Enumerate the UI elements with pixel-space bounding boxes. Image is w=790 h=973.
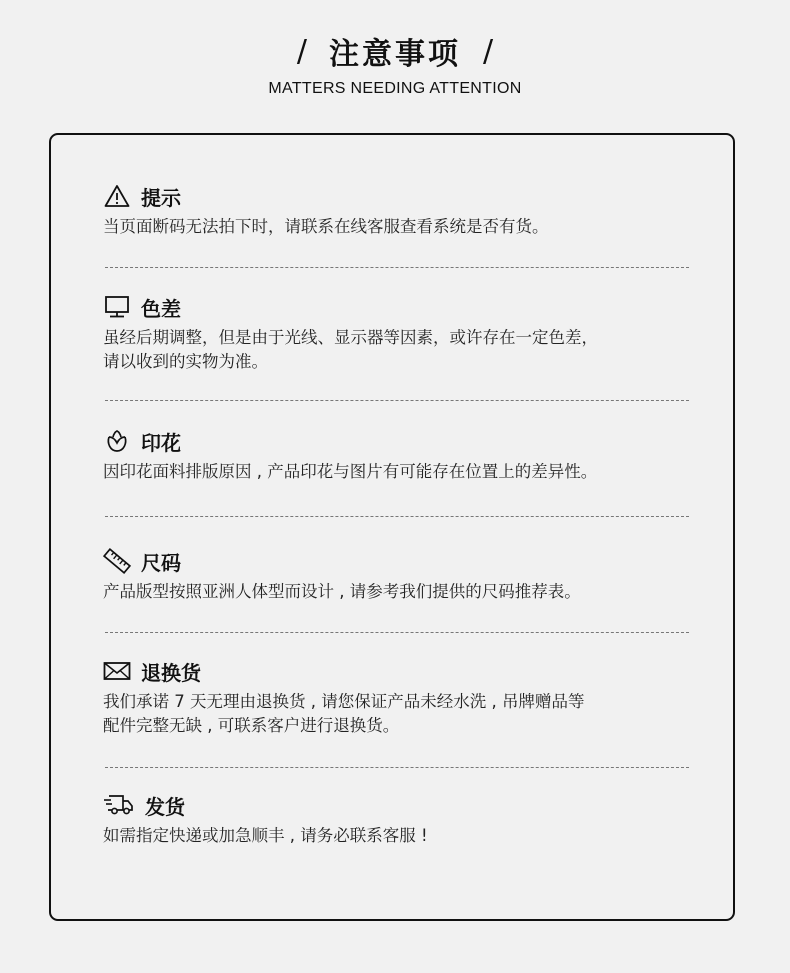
section-shipping: 发货 如需指定快递或加急顺丰 , 请务必联系客服 ! — [103, 790, 693, 848]
ruler-icon — [103, 548, 131, 574]
delivery-truck-icon — [103, 792, 135, 818]
dashed-divider — [105, 516, 689, 517]
section-title: 提示 — [141, 182, 181, 211]
section-tip: 提示 当页面断码无法拍下时，请联系在线客服查看系统是否有货。 — [103, 181, 693, 239]
title-slash-right: / — [483, 34, 493, 69]
section-print: 印花 因印花面料排版原因 , 产品印花与图片有可能存在位置上的差异性。 — [103, 426, 693, 484]
section-text: 当页面断码无法拍下时，请联系在线客服查看系统是否有货。 — [103, 215, 703, 239]
section-text: 如需指定快递或加急顺丰 , 请务必联系客服 ! — [103, 824, 703, 848]
section-title: 印花 — [141, 427, 181, 456]
envelope-icon — [103, 658, 131, 684]
title-slash-left: / — [297, 34, 307, 69]
page-header: / 注意事项 / MATTERS NEEDING ATTENTION — [0, 28, 790, 98]
title-row: / 注意事项 / — [0, 28, 790, 74]
section-text: 因印花面料排版原因 , 产品印花与图片有可能存在位置上的差异性。 — [103, 460, 703, 484]
text-line: 当页面断码无法拍下时，请联系在线客服查看系统是否有货。 — [103, 215, 703, 239]
section-color-difference: 色差 虽经后期调整，但是由于光线、显示器等因素，或许存在一定色差， 请以收到的实… — [103, 292, 693, 374]
dashed-divider — [105, 632, 689, 633]
page-subtitle: MATTERS NEEDING ATTENTION — [0, 80, 790, 98]
text-line: 产品版型按照亚洲人体型而设计 , 请参考我们提供的尺码推荐表。 — [103, 580, 703, 604]
warning-icon — [103, 183, 131, 209]
text-line: 因印花面料排版原因 , 产品印花与图片有可能存在位置上的差异性。 — [103, 460, 703, 484]
flower-icon — [103, 428, 131, 454]
dashed-divider — [105, 267, 689, 268]
section-text: 产品版型按照亚洲人体型而设计 , 请参考我们提供的尺码推荐表。 — [103, 580, 703, 604]
section-size: 尺码 产品版型按照亚洲人体型而设计 , 请参考我们提供的尺码推荐表。 — [103, 546, 693, 604]
section-returns: 退换货 我们承诺 7 天无理由退换货 , 请您保证产品未经水洗 , 吊牌赠品等 … — [103, 656, 693, 738]
text-line: 虽经后期调整，但是由于光线、显示器等因素，或许存在一定色差， — [103, 326, 703, 350]
monitor-icon — [103, 294, 131, 320]
section-title: 发货 — [145, 791, 185, 820]
section-title: 尺码 — [141, 547, 181, 576]
text-line: 我们承诺 7 天无理由退换货 , 请您保证产品未经水洗 , 吊牌赠品等 — [103, 690, 703, 714]
page-title: 注意事项 — [329, 29, 461, 73]
section-title: 退换货 — [141, 657, 201, 686]
text-line: 请以收到的实物为准。 — [103, 350, 703, 374]
text-line: 如需指定快递或加急顺丰 , 请务必联系客服 ! — [103, 824, 703, 848]
notice-card: 提示 当页面断码无法拍下时，请联系在线客服查看系统是否有货。 色差 虽经后期调整… — [49, 133, 735, 921]
dashed-divider — [105, 400, 689, 401]
section-text: 我们承诺 7 天无理由退换货 , 请您保证产品未经水洗 , 吊牌赠品等 配件完整… — [103, 690, 703, 738]
section-text: 虽经后期调整，但是由于光线、显示器等因素，或许存在一定色差， 请以收到的实物为准… — [103, 326, 703, 374]
section-title: 色差 — [141, 293, 181, 322]
dashed-divider — [105, 767, 689, 768]
text-line: 配件完整无缺 , 可联系客户进行退换货。 — [103, 714, 703, 738]
